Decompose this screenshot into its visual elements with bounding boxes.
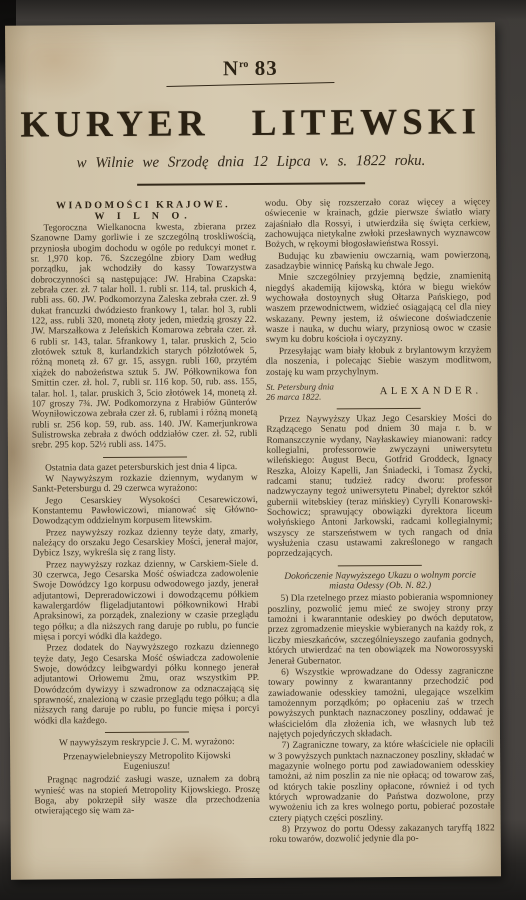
section-divider [103, 456, 187, 458]
newspaper-title: KURYER LITEWSKI [6, 100, 496, 146]
paragraph: Przez dodatek do Naywyższego rozkazu dzi… [33, 642, 259, 726]
paragraph: W Naywyższym rozkazie dziennym, wydanym … [32, 473, 258, 495]
section-divider [337, 408, 421, 410]
issue-number: Nro 83 [5, 54, 495, 82]
paragraph: Budując ku zbawieniu owczarnią, wam powi… [265, 250, 491, 272]
paragraph: Przez Naywyższy Ukaz Jego Cesarskiey Moś… [266, 413, 493, 559]
paragraph: 8) Przywoz do portu Odessy zakazanych ta… [269, 823, 495, 845]
paragraph: wodu. Oby się rozszerzało coraz więcey a… [265, 197, 491, 250]
italic-head: Dokończenie Naywyższego Ukazu o wolnym p… [267, 570, 493, 592]
issue-superscript: ro [239, 59, 248, 70]
center: W naywyższym reskrypcie J. C. M. wyrażon… [34, 737, 260, 749]
paragraph: Mnie szczególniey przyjemną będzie, znam… [265, 272, 491, 346]
column-left: WIADOMOŚCI KRAJOWE.W I L N O.Tegoroczna … [30, 199, 260, 880]
paragraph: Przez naywyższy rozkaz dzienny, w Carski… [33, 559, 259, 643]
signature-dateline: St. Petersburg dnia26 marca 1822. [266, 381, 334, 403]
backdrop-top-shadow [0, 0, 526, 20]
paragraph: Przez naywyższy rozkaz dzienny teyże dat… [33, 527, 259, 560]
masthead-dateline: w Wilnie we Srzodę dnia 12 Lipca v. s. 1… [6, 152, 496, 172]
center: Przenaywielebnieyszy Metropolito Kijowsk… [34, 750, 260, 772]
column-right: wodu. Oby się rozszerzało coraz więcey a… [265, 197, 495, 878]
masthead: Nro 83 KURYER LITEWSKI w Wilnie we Srzod… [5, 22, 496, 186]
scanned-newspaper-photo: Nro 83 KURYER LITEWSKI w Wilnie we Srzod… [0, 0, 526, 900]
issue-underline [166, 82, 334, 87]
paragraph: Pragnąc nagrodzić zasługi wasze, uznałem… [34, 774, 260, 817]
paragraph: Przesyłając wam biały kłobuk z brylantow… [266, 345, 492, 378]
newspaper-page: Nro 83 KURYER LITEWSKI w Wilnie we Srzod… [5, 22, 501, 879]
signature-name: ALEXANDER. [380, 380, 492, 397]
place-heading: W I L N O. [30, 210, 256, 223]
section-heading: WIADOMOŚCI KRAJOWE. [30, 199, 256, 212]
paragraph: 5) Dla rzetelnego przez miasto pobierani… [268, 593, 494, 667]
paragraph: 7) Zagraniczne towary, za które właścici… [269, 740, 495, 824]
masthead-rule [137, 182, 365, 186]
paragraph: Tegoroczna Wielkanocna kwesta, zbierana … [30, 222, 257, 451]
paragraph: Jego Cesarskiey Wysokości Cesarewiczowi,… [32, 495, 258, 528]
signature-block: St. Petersburg dnia26 marca 1822.ALEXAND… [266, 380, 492, 403]
section-divider [338, 565, 422, 567]
issue-label: N [223, 56, 239, 80]
paragraph: 6) Wszystkie wprowadzane do Odessy zagra… [268, 666, 494, 740]
issue-number-value: 83 [255, 56, 278, 80]
section-divider [105, 732, 189, 734]
article-columns: WIADOMOŚCI KRAJOWE.W I L N O.Tegoroczna … [30, 197, 495, 879]
paragraph: Ostatnia data gazet petersburskich jest … [32, 462, 258, 474]
